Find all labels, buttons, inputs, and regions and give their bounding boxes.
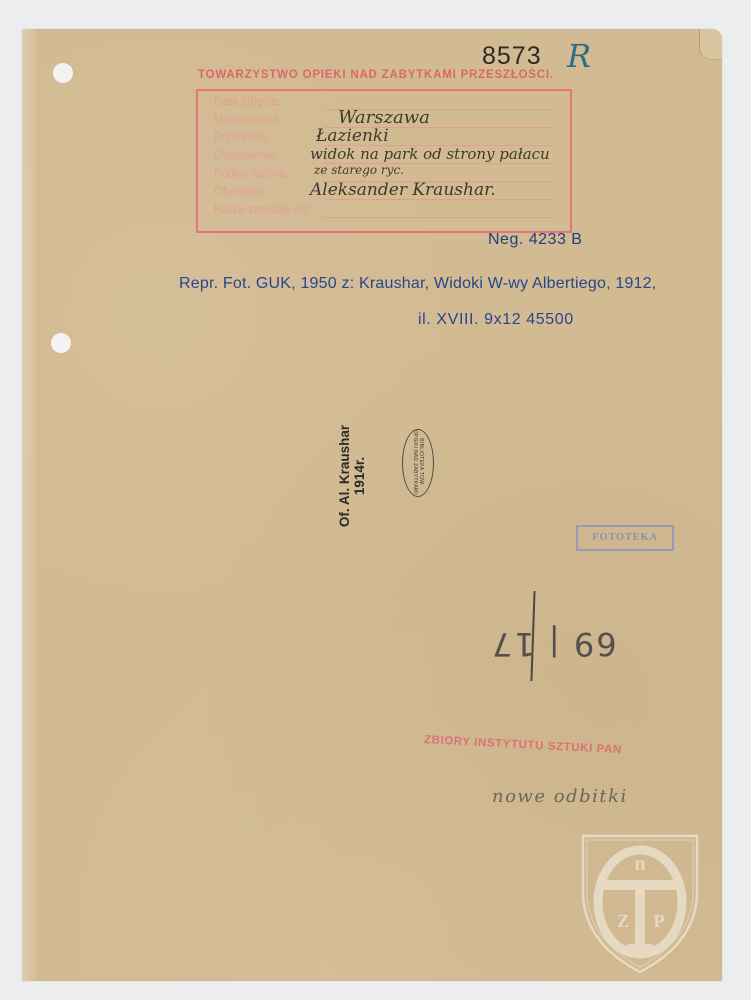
catalogue-number: 8573 bbox=[482, 42, 542, 71]
punch-hole-bottom bbox=[51, 333, 71, 353]
library-stamp-text: BIBLIOTEKA TOW. OPIEKI NAD ZABYTKAMI bbox=[412, 429, 424, 495]
handwritten-place: Warszawa bbox=[338, 107, 430, 128]
fototeka-stamp: FOTOTEKA bbox=[576, 525, 674, 551]
society-header-stamp: TOWARZYSTWO OPIEKI NAD ZABYTKAMI PRZESZŁ… bbox=[198, 69, 554, 82]
punch-hole-top bbox=[53, 63, 73, 83]
library-oval-stamp: BIBLIOTEKA TOW. OPIEKI NAD ZABYTKAMI bbox=[402, 429, 434, 497]
handwritten-description: widok na park od strony pałacu bbox=[310, 145, 550, 163]
svg-text:n: n bbox=[634, 853, 645, 875]
handwritten-author-note: ze starego ryc. bbox=[314, 163, 404, 177]
card-left-edge bbox=[22, 29, 36, 981]
donor-vertical-stamp: Of. Al. Kraushar 1914r. bbox=[340, 409, 364, 544]
catalogue-card: 8573 R TOWARZYSTWO OPIEKI NAD ZABYTKAMI … bbox=[22, 29, 722, 981]
record-form-box: Data zdjęcia: Miejscowość: Przedmiot: Ob… bbox=[196, 89, 572, 233]
donor-stamp-line1: Of. Al. Kraushar bbox=[337, 408, 352, 544]
handwritten-subject: Łazienki bbox=[316, 126, 389, 146]
form-label: Objaśnienie: bbox=[214, 150, 278, 162]
shield-emblem-icon: n Z P bbox=[579, 832, 701, 976]
pencil-note: nowe odbitki bbox=[492, 786, 628, 807]
reproduction-note-line1: Repr. Fot. GUK, 1950 z: Kraushar, Widoki… bbox=[179, 275, 656, 293]
donor-stamp-line2: 1914r. bbox=[352, 408, 367, 544]
form-label: Podpis autora: bbox=[214, 168, 288, 180]
form-row-negative-location: Klisza znajduje się: bbox=[214, 203, 554, 221]
catalogue-letter: R bbox=[567, 37, 591, 75]
form-label: Przedmiot: bbox=[214, 132, 269, 144]
form-label: Ofiarował: bbox=[214, 186, 266, 198]
reproduction-note-line2: il. XVIII. 9x12 45500 bbox=[418, 311, 574, 329]
form-label: Klisza znajduje się: bbox=[214, 204, 312, 216]
svg-text:P: P bbox=[654, 911, 665, 931]
handwritten-donor: Aleksander Kraushar. bbox=[310, 180, 496, 200]
pencil-inverted-number: 69 | 17 bbox=[490, 625, 617, 663]
negative-number: Neg. 4233 B bbox=[488, 231, 582, 249]
svg-text:Z: Z bbox=[617, 911, 629, 931]
form-label: Miejscowość: bbox=[214, 114, 282, 126]
folded-corner bbox=[699, 29, 722, 60]
collection-stamp: ZBIORY INSTYTUTU SZTUKI PAN bbox=[424, 734, 622, 756]
form-label: Data zdjęcia: bbox=[214, 96, 280, 108]
